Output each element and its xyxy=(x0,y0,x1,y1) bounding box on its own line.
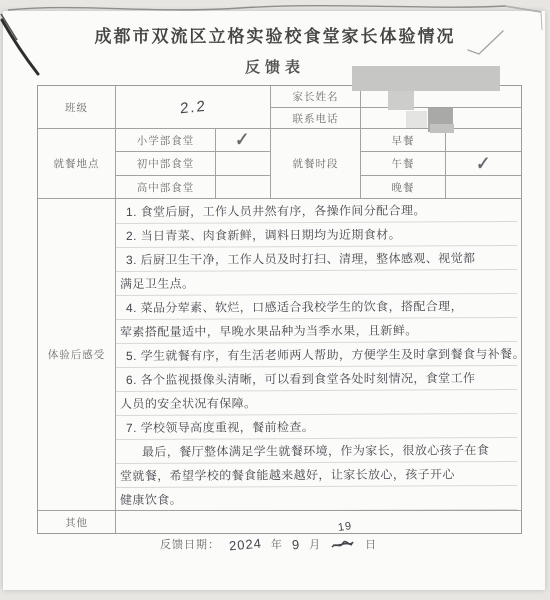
date-row: 反馈日期： 2024 年 9 月 19 日 xyxy=(160,533,377,555)
other-value-cell xyxy=(116,511,521,533)
date-day-wrap: 19 xyxy=(330,533,356,555)
feedback-line: 3. 后厨卫生干净，工作人员及时打扫、清理，整体感观、视觉都 xyxy=(116,246,517,272)
other-label-cell: 其他 xyxy=(38,511,116,533)
feedback-line: 4. 菜品分荤素、软烂，口感适合我校学生的饮食，搭配合理， xyxy=(116,294,517,320)
redaction-block-phone-2 xyxy=(430,124,454,133)
date-day-handwritten: 19 xyxy=(337,520,353,534)
location-primary-cell: 小学部食堂 xyxy=(116,129,216,152)
date-year-unit: 年 xyxy=(271,536,283,552)
time-dinner-cell: 晚餐 xyxy=(361,176,446,199)
date-year-handwritten: 2024 xyxy=(228,535,262,553)
location-junior-check-cell xyxy=(216,152,271,176)
date-month-unit: 月 xyxy=(309,536,321,552)
feedback-line: 荤素搭配量适中，早晚水果品种为当季水果，且新鲜。 xyxy=(116,318,517,344)
location-junior-cell: 初中部食堂 xyxy=(116,152,216,176)
handwritten-feedback: 1. 食堂后厨，工作人员井然有序，各操作间分配合理。 2. 当日青菜、肉食新鲜，… xyxy=(116,199,517,511)
feedback-line: 6. 各个监视摄像头清晰，可以看到食堂各处时刻情况，食堂工作 xyxy=(116,366,517,392)
time-lunch-cell: 午餐 xyxy=(361,152,446,176)
feedback-line: 1. 食堂后厨，工作人员井然有序，各操作间分配合理。 xyxy=(116,199,517,224)
check-icon: ✓ xyxy=(235,129,251,151)
page-edge-line xyxy=(8,6,541,12)
date-label: 反馈日期： xyxy=(160,536,220,552)
location-primary-check-cell: ✓ xyxy=(216,129,271,152)
feedback-line: 2. 当日青菜、肉食新鲜，调料日期均为近期食材。 xyxy=(116,222,517,248)
redaction-block-name xyxy=(352,66,500,91)
time-label-cell: 就餐时段 xyxy=(271,129,361,199)
day-scribble-mark xyxy=(330,533,356,555)
class-label-cell: 班级 xyxy=(38,86,116,129)
time-dinner-check-cell xyxy=(446,176,521,199)
location-senior-check-cell xyxy=(216,176,271,199)
location-senior-cell: 高中部食堂 xyxy=(116,176,216,199)
feedback-line: 最后，餐厅整体满足学生就餐环境，作为家长，很放心孩子在食 xyxy=(116,438,517,464)
feedback-line: 堂就餐，希望学校的餐食能越来越好，让家长放心，孩子开心 xyxy=(116,462,517,488)
time-lunch-check-cell: ✓ xyxy=(446,152,521,176)
page-title: 成都市双流区立格实验校食堂家长体验情况 xyxy=(0,22,550,47)
class-value-cell: 2.2 xyxy=(116,86,271,129)
feedback-line: 满足卫生点。 xyxy=(116,270,517,296)
date-month-handwritten: 9 xyxy=(291,536,301,552)
parent-name-label-cell: 家长姓名 xyxy=(271,86,361,108)
redaction-block-name-2 xyxy=(388,91,414,110)
class-handwritten-value: 2.2 xyxy=(180,97,207,117)
feedback-label-cell: 体验后感受 xyxy=(38,199,116,511)
feedback-line: 健康饮食。 xyxy=(116,486,517,511)
check-icon: ✓ xyxy=(476,152,492,174)
feedback-line: 5. 学生就餐有序，有生活老师两人帮助，方便学生及时拿到餐食与补餐。 xyxy=(116,342,517,368)
location-label-cell: 就餐地点 xyxy=(38,129,116,199)
time-breakfast-check-cell xyxy=(446,129,521,152)
feedback-line: 人员的安全状况有保障。 xyxy=(116,390,517,416)
phone-label-cell: 联系电话 xyxy=(271,108,361,129)
date-day-unit: 日 xyxy=(365,536,377,552)
redaction-block-phone-light xyxy=(406,111,427,128)
feedback-line: 7. 学校领导高度重视，餐前检查。 xyxy=(116,414,517,440)
